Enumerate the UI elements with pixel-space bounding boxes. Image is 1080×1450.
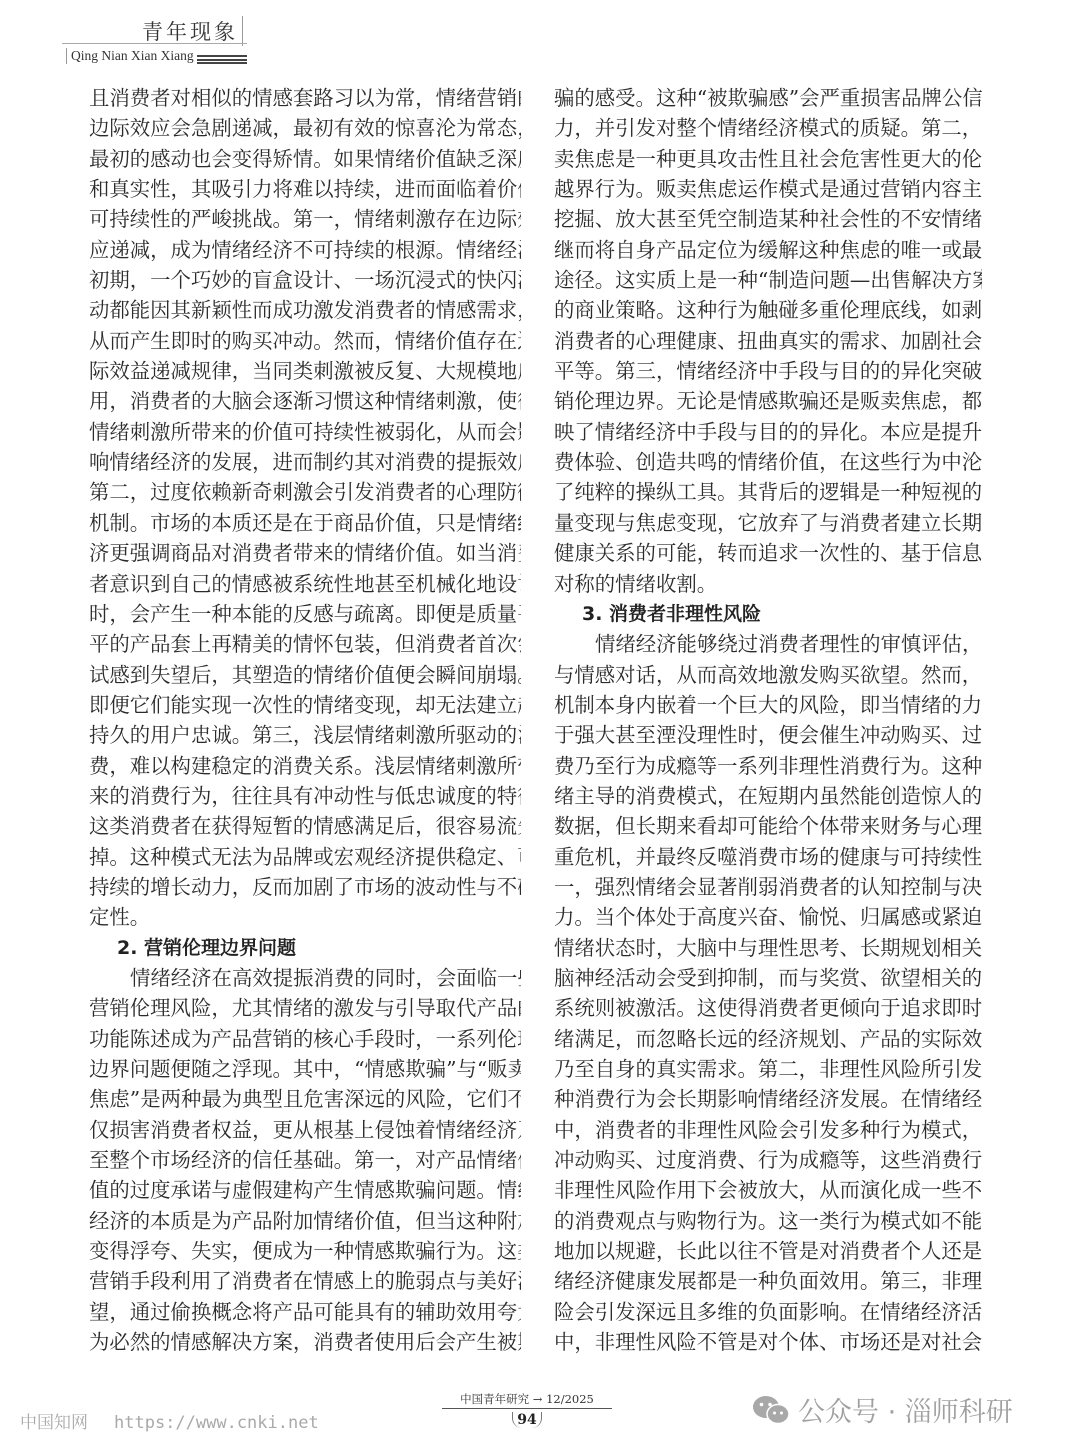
text-line: 持续的增长动力，反而加剧了市场的波动性与不确	[89, 872, 521, 902]
text-line: 种消费行为会长期影响情绪经济发展。在情绪经济	[554, 1084, 982, 1114]
text-line: 经济的本质是为产品附加情绪价值，但当这种附加	[89, 1206, 521, 1236]
journal-issue: 中国青年研究 → 12/2025	[442, 1391, 612, 1409]
text-line: 平的产品套上再精美的情怀包装，但消费者首次尝	[89, 629, 521, 659]
text-line: 险会引发深远且多维的负面影响。在情绪经济活动	[554, 1297, 982, 1327]
running-header: 青年现象 Qing Nian Xian Xiang	[62, 16, 247, 64]
text-line: 数据，但长期来看却可能给个体带来财务与心理的双	[554, 811, 982, 841]
text-line: 了纯粹的操纵工具。其背后的逻辑是一种短视的流	[554, 477, 982, 507]
text-line: 非理性风险作用下会被放大，从而演化成一些不健康	[554, 1175, 982, 1205]
text-line: 营销手段利用了消费者在情感上的脆弱点与美好渴	[89, 1266, 521, 1296]
text-line: 费体验、创造共鸣的情绪价值，在这些行为中沦为	[554, 447, 982, 477]
text-line: 对称的情绪收割。	[554, 569, 982, 599]
text-line: 情绪经济能够绕过消费者理性的审慎评估，直接	[554, 629, 982, 659]
text-line: 冲动购买、过度消费、行为成瘾等，这些消费行为在	[554, 1145, 982, 1175]
text-line: 的消费观点与购物行为。这一类行为模式如不能有效	[554, 1206, 982, 1236]
text-line: 时，会产生一种本能的反感与疏离。即便是质量平	[89, 599, 521, 629]
text-line: 与情感对话，从而高效地激发购买欲望。然而，这一	[554, 660, 982, 690]
text-line: 应递减，成为情绪经济不可持续的根源。情绪经济	[89, 235, 521, 265]
text-line: 情绪状态时，大脑中与理性思考、长期规划相关的大	[554, 933, 982, 963]
text-line: 焦虑”是两种最为典型且危害深远的风险，它们不	[89, 1084, 521, 1114]
text-line: 边际效应会急剧递减，最初有效的惊喜沦为常态，	[89, 113, 521, 143]
text-line: 费乃至行为成瘾等一系列非理性消费行为。这种由情	[554, 751, 982, 781]
text-line: 情绪刺激所带来的价值可持续性被弱化，从而会影	[89, 417, 521, 447]
page-footer: 中国青年研究 → 12/2025 94	[432, 1388, 622, 1428]
header-rule	[62, 43, 247, 44]
wechat-account-name: 公众号 · 淄师科研	[798, 1390, 1013, 1429]
text-line: 挖掘、放大甚至凭空制造某种社会性的不安情绪，	[554, 204, 982, 234]
text-line: 至整个市场经济的信任基础。第一，对产品情绪价	[89, 1145, 521, 1175]
text-line: 销伦理边界。无论是情感欺骗还是贩卖焦虑，都反	[554, 386, 982, 416]
text-line: 用，消费者的大脑会逐渐习惯这种情绪刺激，使得	[89, 386, 521, 416]
text-line: 乃至自身的真实需求。第二，非理性风险所引发的多	[554, 1054, 982, 1084]
text-line: 机制。市场的本质还是在于商品价值，只是情绪经	[89, 508, 521, 538]
section-title-pinyin: Qing Nian Xian Xiang	[66, 48, 194, 64]
text-line: 中，非理性风险不管是对个体、市场还是对社会都会	[554, 1327, 982, 1357]
text-line: 绪满足，而忽略长远的经济规划、产品的实际效用	[554, 1024, 982, 1054]
text-line: 越界行为。贩卖焦虑运作模式是通过营销内容主动	[554, 174, 982, 204]
text-line: 健康关系的可能，转而追求一次性的、基于信息不	[554, 538, 982, 568]
right-column: 骗的感受。这种“被欺骗感”会严重损害品牌公信力，并引发对整个情绪经济模式的质疑。…	[554, 83, 982, 1357]
text-line: 最初的感动也会变得矫情。如果情绪价值缺乏深度	[89, 144, 521, 174]
text-line: 来的消费行为，往往具有冲动性与低忠诚度的特征，	[89, 781, 521, 811]
text-line: 一，强烈情绪会显著削弱消费者的认知控制与决策能	[554, 872, 982, 902]
cnki-watermark: 中国知网https://www.cnki.net	[20, 1408, 319, 1433]
text-line: 平等。第三，情绪经济中手段与目的的异化突破营	[554, 356, 982, 386]
left-column: 且消费者对相似的情感套路习以为常，情绪营销的边际效应会急剧递减，最初有效的惊喜沦…	[89, 83, 521, 1357]
text-line: 定性。	[89, 902, 521, 932]
text-line: 济更强调商品对消费者带来的情绪价值。如当消费	[89, 538, 521, 568]
text-line: 脑神经活动会受到抑制，而与奖赏、欲望相关的边缘	[554, 963, 982, 993]
text-line: 重危机，并最终反噬消费市场的健康与可持续性。第	[554, 842, 982, 872]
text-line: 望，通过偷换概念将产品可能具有的辅助效用夸大	[89, 1297, 521, 1327]
text-line: 持久的用户忠诚。第三，浅层情绪刺激所驱动的消	[89, 720, 521, 750]
section-title-cn: 青年现象	[142, 16, 243, 46]
text-line: 第二，过度依赖新奇刺激会引发消费者的心理防御	[89, 477, 521, 507]
text-line: 卖焦虑是一种更具攻击性且社会危害性更大的伦理	[554, 144, 982, 174]
cnki-site-name: 中国知网	[20, 1413, 88, 1433]
text-line: 绪经济健康发展都是一种负面效用。第三，非理性风	[554, 1266, 982, 1296]
text-line: 系统则被激活。这使得消费者更倾向于追求即时的情	[554, 993, 982, 1023]
text-line: 映了情绪经济中手段与目的的异化。本应是提升消	[554, 417, 982, 447]
text-line: 的商业策略。这种行为触碰多重伦理底线，如剥削	[554, 295, 982, 325]
text-line: 试感到失望后，其塑造的情绪价值便会瞬间崩塌。	[89, 660, 521, 690]
text-line: 继而将自身产品定位为缓解这种焦虑的唯一或最佳	[554, 235, 982, 265]
text-line: 可持续性的严峻挑战。第一，情绪刺激存在边际效	[89, 204, 521, 234]
text-line: 和真实性，其吸引力将难以持续，进而面临着价值	[89, 174, 521, 204]
cnki-url: https://www.cnki.net	[114, 1413, 319, 1433]
text-line: 地加以规避，长此以往不管是对消费者个人还是对情	[554, 1236, 982, 1266]
header-double-rule	[197, 55, 247, 64]
text-line: 于强大甚至湮没理性时，便会催生冲动购买、过度消	[554, 720, 982, 750]
wechat-watermark: 公众号 · 淄师科研	[752, 1390, 1013, 1429]
text-line: 消费者的心理健康、扭曲真实的需求、加剧社会不	[554, 326, 982, 356]
text-line: 营销伦理风险，尤其情绪的激发与引导取代产品的	[89, 993, 521, 1023]
text-line: 骗的感受。这种“被欺骗感”会严重损害品牌公信	[554, 83, 982, 113]
wechat-icon	[752, 1394, 790, 1426]
text-line: 际效益递减规律，当同类刺激被反复、大规模地应	[89, 356, 521, 386]
text-line: 者意识到自己的情感被系统性地甚至机械化地设计	[89, 569, 521, 599]
text-line: 力，并引发对整个情绪经济模式的质疑。第二，贩	[554, 113, 982, 143]
text-line: 途径。这实质上是一种“制造问题—出售解决方案”	[554, 265, 982, 295]
text-line: 量变现与焦虑变现，它放弃了与消费者建立长期、	[554, 508, 982, 538]
text-line: 费，难以构建稳定的消费关系。浅层情绪刺激所带	[89, 751, 521, 781]
text-line: 仅损害消费者权益，更从根基上侵蚀着情绪经济乃	[89, 1115, 521, 1145]
section-heading: 2. 营销伦理边界问题	[89, 933, 521, 963]
page-number: 94	[512, 1412, 541, 1428]
text-line: 响情绪经济的发展，进而制约其对消费的提振效应。	[89, 447, 521, 477]
text-line: 力。当个体处于高度兴奋、愉悦、归属感或紧迫感等	[554, 902, 982, 932]
text-line: 情绪经济在高效提振消费的同时，会面临一些	[89, 963, 521, 993]
text-line: 初期，一个巧妙的盲盒设计、一场沉浸式的快闪活	[89, 265, 521, 295]
section-heading: 3. 消费者非理性风险	[554, 599, 982, 629]
text-line: 这类消费者在获得短暂的情感满足后，很容易流失	[89, 811, 521, 841]
text-line: 绪主导的消费模式，在短期内虽然能创造惊人的销售	[554, 781, 982, 811]
text-line: 掉。这种模式无法为品牌或宏观经济提供稳定、可	[89, 842, 521, 872]
text-line: 边界问题便随之浮现。其中，“情感欺骗”与“贩卖	[89, 1054, 521, 1084]
text-line: 变得浮夸、失实，便成为一种情感欺骗行为。这类	[89, 1236, 521, 1266]
text-line: 动都能因其新颖性而成功激发消费者的情感需求，	[89, 295, 521, 325]
text-line: 机制本身内嵌着一个巨大的风险，即当情绪的力量过	[554, 690, 982, 720]
text-line: 为必然的情感解决方案，消费者使用后会产生被欺	[89, 1327, 521, 1357]
text-line: 中，消费者的非理性风险会引发多种行为模式，包括	[554, 1115, 982, 1145]
text-line: 值的过度承诺与虚假建构产生情感欺骗问题。情绪	[89, 1175, 521, 1205]
text-line: 从而产生即时的购买冲动。然而，情绪价值存在边	[89, 326, 521, 356]
text-line: 即便它们能实现一次性的情绪变现，却无法建立起	[89, 690, 521, 720]
text-line: 功能陈述成为产品营销的核心手段时，一系列伦理	[89, 1024, 521, 1054]
text-line: 且消费者对相似的情感套路习以为常，情绪营销的	[89, 83, 521, 113]
